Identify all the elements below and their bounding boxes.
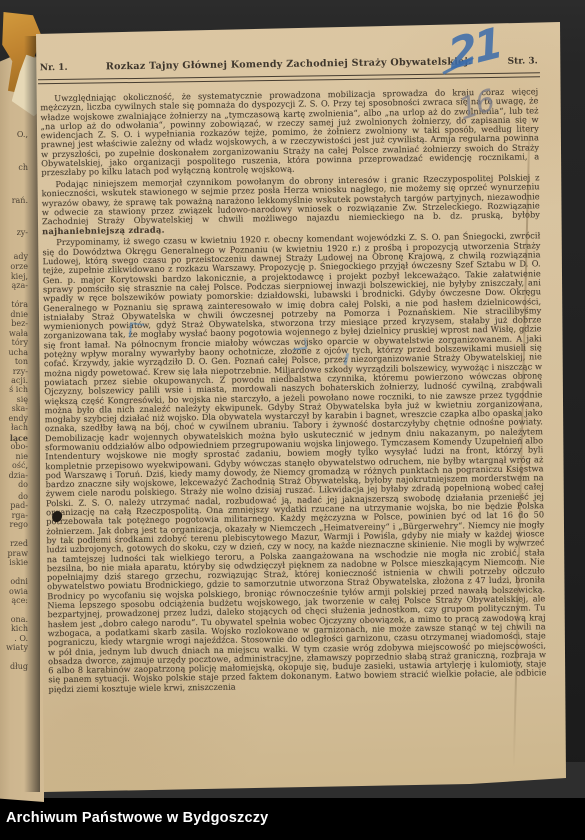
page-content: Nr. 1. Rozkaz Tajny Głównej Komendy Zach… (0, 0, 585, 840)
document-title: Rozkaz Tajny Głównej Komendy Zachodniej … (100, 56, 478, 72)
issue-number: Nr. 1. (40, 62, 100, 73)
scan-background: 1.O.,chrań.zy-adyorzekiej,ąza-tóradniebe… (0, 0, 585, 840)
paragraph-3: Przypominamy, iż swego czasu w kwietniu … (42, 232, 546, 694)
paragraph-2-bold: najhaniebniejszą zdradą. (42, 224, 165, 236)
body-text: Uwzględniając okoliczność, że systematyc… (40, 87, 546, 696)
paragraph-2: Podając niniejszem memorjał czynnikom po… (41, 173, 540, 236)
document-page: Nr. 1. Rozkaz Tajny Głównej Komendy Zach… (0, 0, 585, 840)
paragraph-2-text: Podając niniejszem memorjał czynnikom po… (42, 172, 540, 226)
archive-watermark-label: Archiwum Państwowe w Bydgoszczy (6, 810, 268, 826)
blue-pencil-mark (292, 338, 307, 351)
blue-pencil-mark (129, 322, 145, 339)
